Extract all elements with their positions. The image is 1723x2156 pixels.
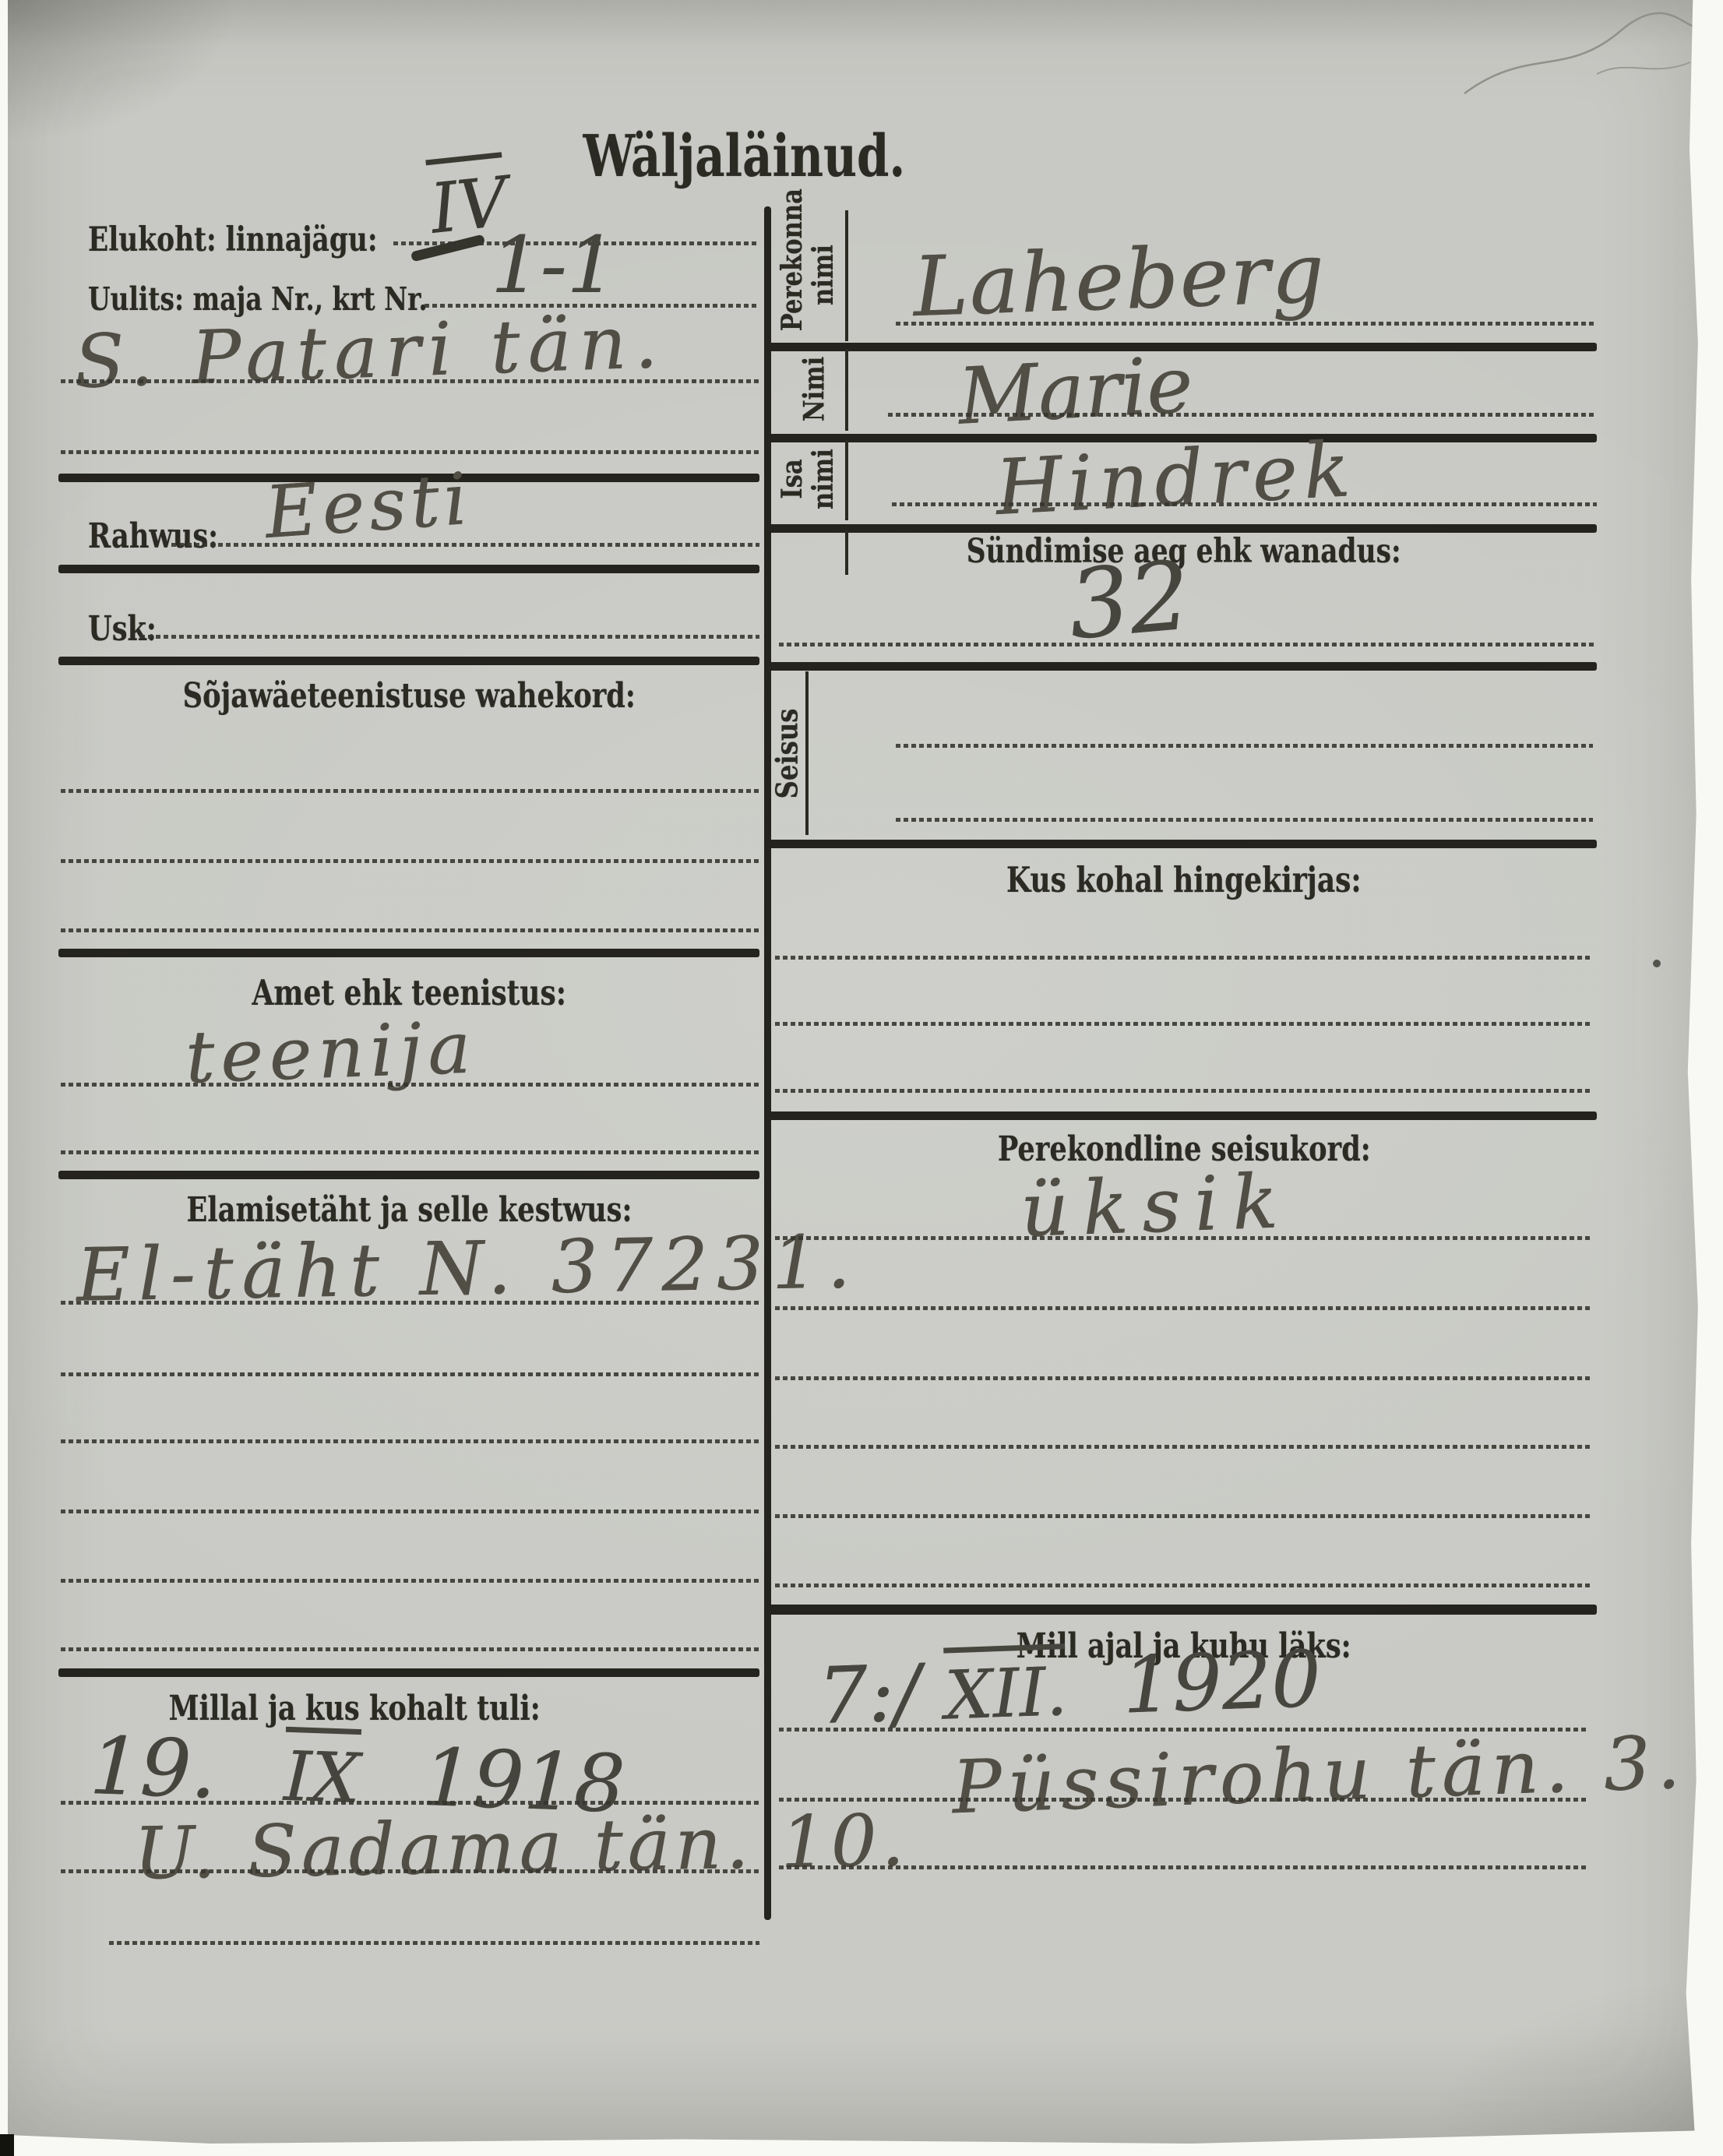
dotted-line	[61, 859, 759, 863]
section-rule	[767, 1111, 1597, 1120]
handwritten-rahwus-value: Eesti	[263, 457, 474, 555]
section-rule	[58, 657, 759, 665]
field-label-seisus: Seisus	[771, 688, 806, 820]
dotted-line	[61, 379, 759, 383]
scanned-form: Wäljaläinud. IV Elukoht: linnajägu: Uuli…	[0, 0, 1723, 2156]
dotted-line	[61, 1150, 759, 1154]
dotted-line	[775, 1376, 1593, 1380]
dotted-line	[775, 956, 1593, 960]
label-separator	[805, 671, 809, 835]
section-header-kus-kohal: Kus kohal hingekirjas:	[771, 859, 1597, 900]
section-header-amet: Amet ehk teenistus:	[58, 972, 759, 1013]
dotted-line	[775, 1584, 1593, 1587]
form-title: Wäljaläinud.	[491, 123, 997, 190]
dotted-line	[896, 322, 1597, 326]
section-header-sojawaeteenistus: Sõjawäeteenistuse wahekord:	[58, 676, 759, 716]
dotted-line	[775, 1022, 1593, 1026]
dotted-line	[61, 1301, 759, 1305]
form-paper: Wäljaläinud. IV Elukoht: linnajägu: Uuli…	[8, 0, 1700, 2144]
dotted-line	[775, 1514, 1593, 1518]
section-rule	[767, 840, 1597, 848]
dotted-line	[61, 789, 759, 793]
dotted-line	[896, 818, 1593, 822]
departure-year: 1920	[1121, 1633, 1322, 1731]
field-label-isa-nimi: Isa nimi	[777, 442, 847, 516]
column-divider	[764, 206, 771, 1920]
field-label-nimi-text: Nimi	[799, 353, 834, 426]
dotted-line	[61, 1869, 759, 1873]
section-rule	[58, 949, 759, 957]
dotted-line	[775, 1236, 1593, 1240]
dotted-line	[775, 1089, 1593, 1093]
section-rule	[58, 1668, 759, 1677]
section-rule	[767, 662, 1597, 671]
handwritten-house-number: 1-1	[491, 220, 616, 311]
dotted-line	[140, 635, 759, 639]
ink-speck	[1653, 960, 1661, 967]
scratch-marks	[1433, 4, 1714, 121]
field-label-usk: Usk:	[88, 609, 174, 649]
field-label-rahwus: Rahwus:	[88, 516, 251, 556]
dotted-line	[61, 1510, 759, 1513]
handwritten-fathername-value: Hindrek	[993, 425, 1358, 533]
label-separator	[845, 210, 848, 341]
label-separator	[845, 349, 848, 431]
dotted-line	[61, 928, 759, 932]
dotted-line	[171, 543, 759, 547]
dotted-line	[61, 450, 759, 454]
section-rule	[58, 1171, 759, 1179]
field-label-perekonna-nimi: Perekonna nimi	[777, 219, 847, 332]
departure-month-roman: XII.	[943, 1643, 1068, 1735]
dotted-line	[779, 1798, 1589, 1802]
dotted-line	[892, 502, 1597, 506]
handwritten-surname-value: Laheberg	[911, 225, 1327, 335]
handwritten-departure-date: 7:/ XII. 1920	[816, 1633, 1322, 1742]
dotted-line	[775, 1445, 1593, 1449]
dotted-line	[61, 1647, 759, 1651]
field-label-elukoht: Elukoht: linnajägu:	[88, 220, 450, 259]
dotted-line	[779, 1865, 1589, 1869]
arrival-month-roman: IX	[283, 1727, 361, 1819]
section-rule	[767, 1605, 1597, 1615]
dotted-line	[61, 1083, 759, 1087]
dotted-line	[779, 643, 1595, 646]
dotted-line	[61, 1579, 759, 1583]
dotted-line	[775, 1306, 1593, 1310]
handwritten-firstname-value: Marie	[956, 339, 1195, 442]
dotted-line	[61, 1372, 759, 1376]
dotted-line	[896, 744, 1593, 748]
dotted-line	[888, 413, 1597, 417]
dotted-line	[61, 1439, 759, 1443]
label-separator	[845, 440, 848, 520]
section-rule	[58, 565, 759, 573]
handwritten-arrival-place: U. Sadama tän. 10.	[133, 1798, 909, 1895]
scan-edge-mark	[0, 2134, 14, 2156]
dotted-line	[109, 1941, 759, 1945]
handwritten-departure-place: Püssirohu tän. 3.	[950, 1721, 1687, 1831]
